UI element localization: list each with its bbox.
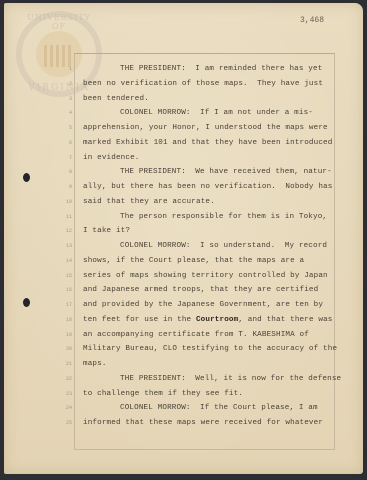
line-number: 7 [63,155,72,161]
line-number: 10 [63,199,72,205]
line-number: 23 [63,391,72,397]
transcript-line: ally, but there has been no verification… [83,183,332,191]
transcript-line: said that they are accurate. [83,198,215,206]
transcript-line: COLONEL MORROW: I so understand. My reco… [120,242,327,250]
transcript-line: shows, if the Court please, that the map… [83,257,304,265]
line-number: 22 [63,376,72,382]
transcript-line: an accompanying certificate from T. KABE… [83,331,309,339]
punch-hole [23,173,30,182]
transcript-line: COLONEL MORROW: If the Court please, I a… [120,404,318,412]
line-number: 21 [63,361,72,367]
line-number: 5 [63,125,72,131]
document-page: UNIVERSITY OF VIRGINIA 3,468 1THE PRESID… [4,3,363,474]
transcript-line: been no verification of those maps. They… [83,80,323,88]
line-number: 25 [63,420,72,426]
line-number: 24 [63,405,72,411]
transcript-line: THE PRESIDENT: Well, it is now for the d… [120,375,341,383]
line-text: ten feet for use in the [83,316,196,324]
watermark-top-text: UNIVERSITY OF [22,13,96,31]
overtyped-word: Courtroom [196,316,238,324]
line-number: 17 [63,302,72,308]
transcript-line: informed that these maps were received f… [83,419,323,427]
line-number: 15 [63,273,72,279]
transcript-line: apprehension, your Honor, I understood t… [83,124,328,132]
transcript-line: marked Exhibit 101 and that they have be… [83,139,332,147]
transcript-line: Military Bureau, CLO testifying to the a… [83,345,337,353]
line-number: 14 [63,258,72,264]
line-number: 6 [63,140,72,146]
punch-hole [23,298,30,307]
line-number: 11 [63,214,72,220]
line-number: 1 [63,66,72,72]
page-number: 3,468 [300,16,324,25]
columns-icon [44,45,74,67]
transcript-line: The person responsible for them is in To… [120,213,327,221]
transcript-line: series of maps showing territory control… [83,272,328,280]
transcript-line: and Japanese armed troops, that they are… [83,286,318,294]
transcript-line: THE PRESIDENT: We have received them, na… [120,168,332,176]
line-number: 3 [63,96,72,102]
line-number: 9 [63,184,72,190]
transcript-line: and provided by the Japanese Government,… [83,301,323,309]
line-number: 20 [63,346,72,352]
transcript-line: I take it? [83,227,130,235]
line-text: , and that there was [238,316,332,324]
line-number: 13 [63,243,72,249]
line-number: 2 [63,81,72,87]
line-number: 8 [63,169,72,175]
transcript-line: to challenge them if they see fit. [83,390,243,398]
line-number: 19 [63,332,72,338]
line-number: 4 [63,110,72,116]
line-number: 18 [63,317,72,323]
transcript-line: maps. [83,360,107,368]
line-number: 16 [63,287,72,293]
transcript-line: in evidence. [83,154,139,162]
transcript-line: THE PRESIDENT: I am reminded there has y… [120,65,322,73]
transcript-line: COLONEL MORROW: If I am not under a mis- [120,109,313,117]
transcript-line: been tendered. [83,95,149,103]
line-number: 12 [63,228,72,234]
transcript-line: ten feet for use in the Courtroom, and t… [83,316,332,324]
